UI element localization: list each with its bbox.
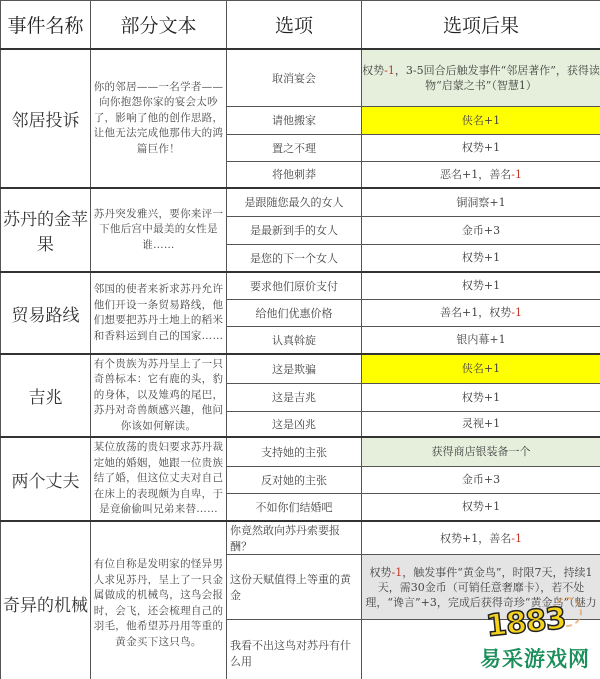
table-row: 邻居投诉 你的邻居——一名学者——向你抱怨你家的宴会太吵了，影响了他的创作思路，… bbox=[1, 49, 600, 106]
option-cell: 将他刺莽 bbox=[227, 161, 362, 188]
event-name: 苏丹的金苹果 bbox=[1, 188, 91, 272]
result-cell: 权势+1 bbox=[362, 493, 600, 521]
option-cell: 是跟随您最久的女人 bbox=[227, 188, 362, 216]
option-cell: 我看不出这鸟对苏丹有什么用 bbox=[227, 620, 362, 679]
result-cell: 银内幕+1 bbox=[362, 326, 600, 354]
option-cell: 不如你们结婚吧 bbox=[227, 493, 362, 521]
watermark-number: 1883 bbox=[484, 601, 567, 644]
header-option-result: 选项后果 bbox=[362, 1, 600, 50]
result-cell: 灵视+1 bbox=[362, 411, 600, 437]
option-cell: 认真斡旋 bbox=[227, 326, 362, 354]
event-text: 你的邻居——一名学者——向你抱怨你家的宴会太吵了，影响了他的创作思路，让他无法完… bbox=[91, 49, 227, 188]
result-cell: 善名+1，权势-1 bbox=[362, 299, 600, 326]
option-cell: 这份天赋值得上等重的黄金 bbox=[227, 555, 362, 620]
result-cell: 金币+3 bbox=[362, 216, 600, 244]
event-name: 邻居投诉 bbox=[1, 49, 91, 188]
result-cell: 权势+1 bbox=[362, 134, 600, 161]
site-watermark: 1883 易采游戏网 bbox=[478, 597, 596, 675]
result-cell: 铜洞察+1 bbox=[362, 188, 600, 216]
result-cell: 权势-1，3-5回合后触发事件“邻居著作”，获得读物“启蒙之书”（智慧1） bbox=[362, 49, 600, 106]
table-header-row: 事件名称 部分文本 选项 选项后果 bbox=[1, 1, 600, 50]
event-name: 吉兆 bbox=[1, 354, 91, 437]
table-row: 吉兆 有个贵族为苏丹呈上了一只奇兽标本：它有鹿的头，豹的身体，以及雉鸡的尾巴，苏… bbox=[1, 354, 600, 383]
table-row: 苏丹的金苹果 苏丹突发雅兴，要你来评一下他后宫中最美的女性是谁…… 是跟随您最久… bbox=[1, 188, 600, 216]
option-cell: 你竟然敢向苏丹索要报酬？ bbox=[227, 521, 362, 555]
table-row: 奇异的机械 有位自称是发明家的怪异男人求见苏丹，呈上了一只金属做成的机械鸟，这鸟… bbox=[1, 521, 600, 555]
event-name: 贸易路线 bbox=[1, 272, 91, 354]
option-cell: 是您的下一个女人 bbox=[227, 244, 362, 272]
option-cell: 要求他们原价支付 bbox=[227, 272, 362, 299]
header-partial-text: 部分文本 bbox=[91, 1, 227, 50]
option-cell: 支持她的主张 bbox=[227, 437, 362, 466]
option-cell: 这是欺骗 bbox=[227, 354, 362, 383]
header-event-name: 事件名称 bbox=[1, 1, 91, 50]
option-cell: 取消宴会 bbox=[227, 49, 362, 106]
result-cell: 权势+1 bbox=[362, 244, 600, 272]
event-text: 邻国的使者来祈求苏丹允许他们开设一条贸易路线，他们想要把苏丹土地上的稻米和香料运… bbox=[91, 272, 227, 354]
result-cell: 侠名+1 bbox=[362, 354, 600, 383]
table-row: 两个丈夫 某位放荡的贵妇要求苏丹裁定她的婚姻，她跟一位贵族结了婚，但这位丈夫对自… bbox=[1, 437, 600, 466]
event-text: 有位自称是发明家的怪异男人求见苏丹，呈上了一只金属做成的机械鸟，这鸟会报时，会飞… bbox=[91, 521, 227, 679]
result-cell: 权势+1 bbox=[362, 272, 600, 299]
event-text: 有个贵族为苏丹呈上了一只奇兽标本：它有鹿的头，豹的身体，以及雉鸡的尾巴，苏丹对奇… bbox=[91, 354, 227, 437]
result-cell: 权势+1，善名-1 bbox=[362, 521, 600, 555]
result-cell: 获得商店银装备一个 bbox=[362, 437, 600, 466]
result-cell: 侠名+1 bbox=[362, 106, 600, 134]
option-cell: 给他们优惠价格 bbox=[227, 299, 362, 326]
option-cell: 这是吉兆 bbox=[227, 383, 362, 411]
event-text: 苏丹突发雅兴，要你来评一下他后宫中最美的女性是谁…… bbox=[91, 188, 227, 272]
event-name: 奇异的机械 bbox=[1, 521, 91, 679]
option-cell: 反对她的主张 bbox=[227, 466, 362, 493]
option-cell: 这是凶兆 bbox=[227, 411, 362, 437]
event-table: 事件名称 部分文本 选项 选项后果 邻居投诉 你的邻居——一名学者——向你抱怨你… bbox=[0, 0, 600, 679]
option-cell: 置之不理 bbox=[227, 134, 362, 161]
result-cell: 金币+3 bbox=[362, 466, 600, 493]
option-cell: 请他搬家 bbox=[227, 106, 362, 134]
table-row: 贸易路线 邻国的使者来祈求苏丹允许他们开设一条贸易路线，他们想要把苏丹土地上的稻… bbox=[1, 272, 600, 299]
event-text: 某位放荡的贵妇要求苏丹裁定她的婚姻，她跟一位贵族结了婚，但这位丈夫对自己在床上的… bbox=[91, 437, 227, 521]
event-name: 两个丈夫 bbox=[1, 437, 91, 521]
option-cell: 是最新到手的女人 bbox=[227, 216, 362, 244]
result-cell: 权势+1 bbox=[362, 383, 600, 411]
watermark-brand: 易采游戏网 bbox=[480, 643, 590, 673]
header-option: 选项 bbox=[227, 1, 362, 50]
result-cell: 恶名+1，善名-1 bbox=[362, 161, 600, 188]
